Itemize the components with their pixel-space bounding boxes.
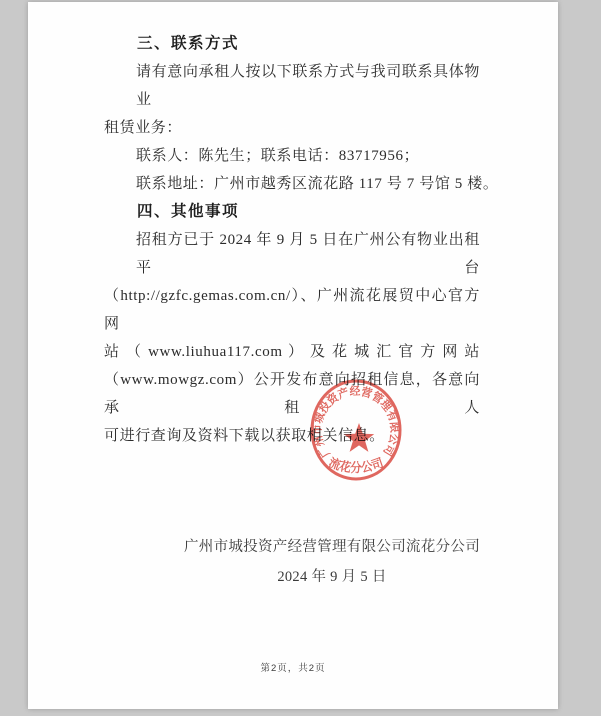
section-4-paragraph-line-1: 招租方已于 2024 年 9 月 5 日在广州公有物业出租平台 [104, 226, 480, 282]
section-4-paragraph-line-2: （http://gzfc.gemas.com.cn/）、广州流花展贸中心官方网 [104, 282, 480, 338]
section-3-heading: 三、联系方式 [104, 30, 480, 58]
signature-date: 2024 年 9 月 5 日 [184, 562, 480, 592]
contact-address-line: 联系地址：广州市越秀区流花路 117 号 7 号馆 5 楼。 [104, 170, 480, 198]
photo-background: 三、联系方式 请有意向承租人按以下联系方式与我司联系具体物业 租赁业务： 联系人… [0, 0, 601, 716]
document-body: 三、联系方式 请有意向承租人按以下联系方式与我司联系具体物业 租赁业务： 联系人… [104, 30, 480, 592]
official-seal-stamp: 广州市城投资产经营管理有限公司 流花分公司 [308, 379, 404, 483]
section-4-paragraph-line-3: 站 （ www.liuhua117.com ） 及 花 城 汇 官 方 网 站 [104, 338, 480, 366]
section-4-heading: 四、其他事项 [104, 198, 480, 226]
section-4-paragraph-line-4: （www.mowgz.com）公开发布意向招租信息，各意向承租人 [104, 366, 480, 422]
document-page: 三、联系方式 请有意向承租人按以下联系方式与我司联系具体物业 租赁业务： 联系人… [28, 2, 558, 709]
contact-person-line: 联系人：陈先生；联系电话：83717956； [104, 142, 480, 170]
section-3-paragraph-line-1: 请有意向承租人按以下联系方式与我司联系具体物业 [104, 58, 480, 114]
signature-block: 广州市城投资产经营管理有限公司流花分公司 2024 年 9 月 5 日 [104, 532, 480, 592]
section-3-paragraph-line-2: 租赁业务： [104, 114, 480, 142]
page-number: 第2页，共2页 [28, 660, 558, 674]
signature-company: 广州市城投资产经营管理有限公司流花分公司 [184, 532, 480, 562]
seal-bottom-text: 流花分公司 [327, 455, 385, 475]
section-4-paragraph-line-5: 可进行查询及资料下载以获取相关信息。 [104, 422, 480, 450]
seal-star-icon [344, 423, 374, 452]
